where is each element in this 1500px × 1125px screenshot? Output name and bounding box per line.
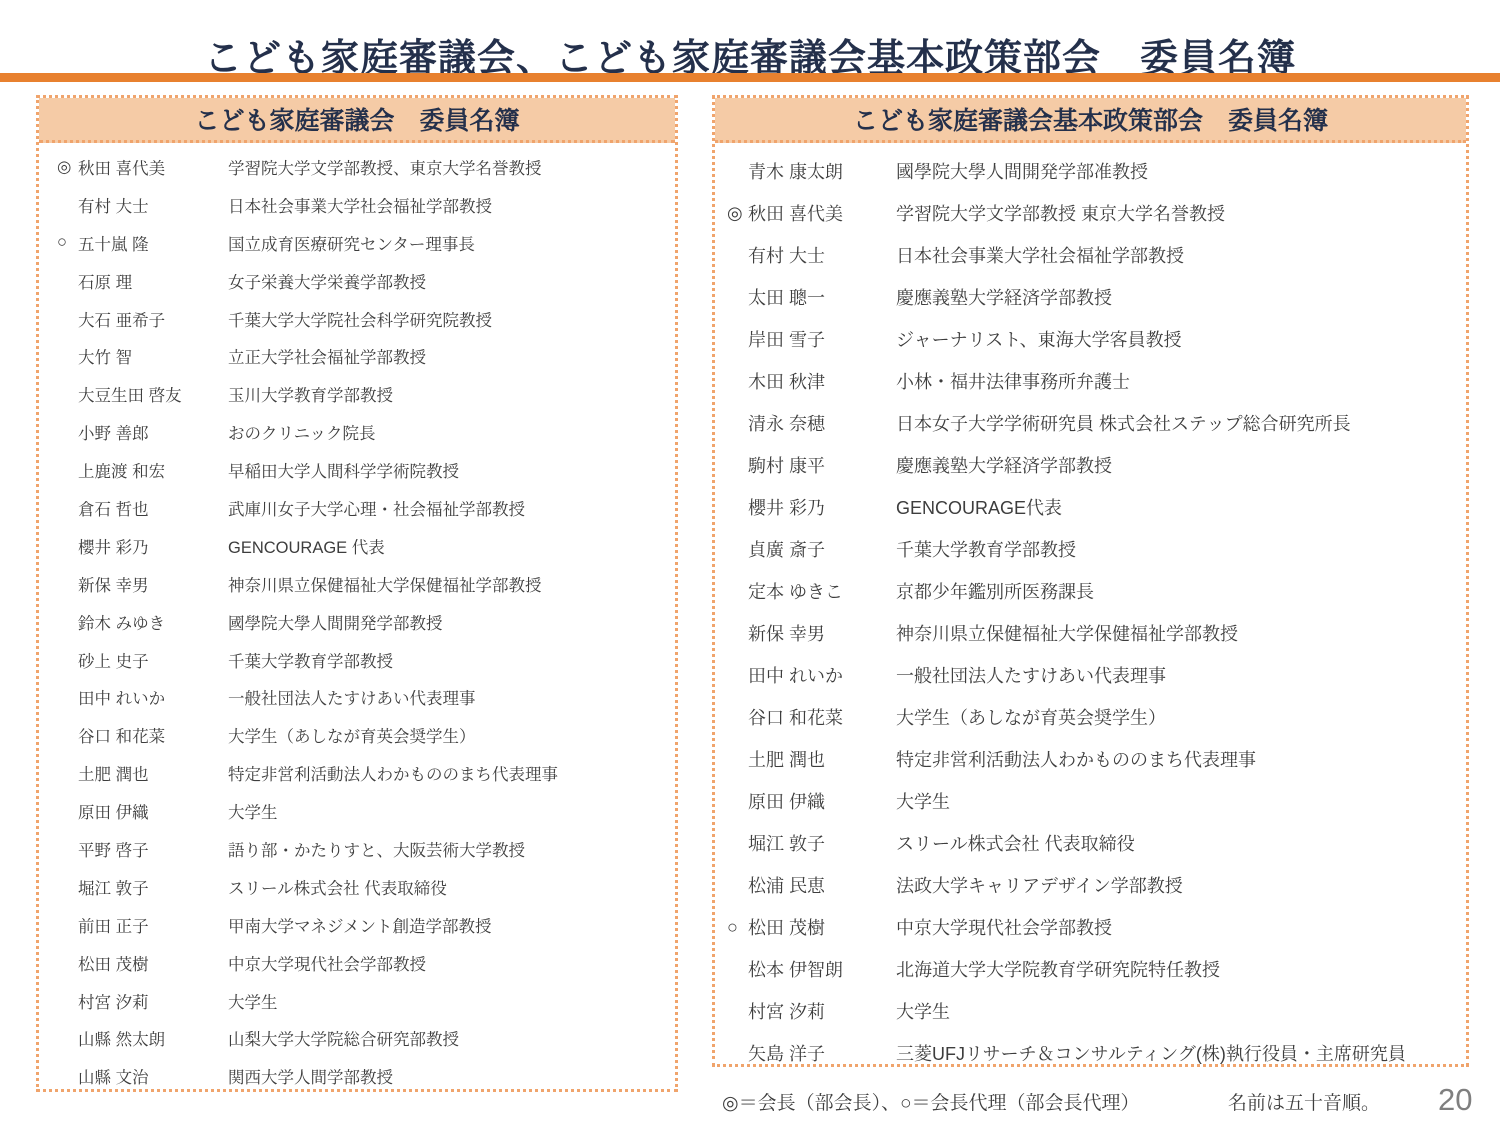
member-affiliation: 三菱UFJリサーチ＆コンサルティング(株)執行役員・主席研究員 [896, 1040, 1458, 1064]
member-name: 大石 亜希子 [78, 307, 228, 331]
member-name: 村宮 汐莉 [78, 989, 228, 1013]
member-name: 小野 善郎 [78, 420, 228, 444]
member-name: 前田 正子 [78, 913, 228, 937]
title-rule [0, 73, 1500, 82]
member-row: ○五十嵐 隆国立成育医療研究センター理事長 [57, 224, 667, 262]
member-row: 石原 理女子栄養大学栄養学部教授 [57, 262, 667, 300]
member-row: 原田 伊織大学生 [57, 792, 667, 830]
member-name: 有村 大士 [78, 193, 228, 217]
chair-legend: ◎＝会長（部会長）、○＝会長代理（部会長代理） [722, 1088, 1140, 1115]
member-affiliation: 学習院大学文学部教授 東京大学名誉教授 [896, 200, 1458, 226]
member-row: 原田 伊織大学生 [727, 780, 1458, 822]
member-row: 太田 聰一慶應義塾大学経済学部教授 [727, 276, 1458, 318]
member-affiliation: 神奈川県立保健福祉大学保健福祉学部教授 [896, 620, 1458, 646]
member-name: 秋田 喜代美 [748, 200, 896, 226]
member-name: 谷口 和花菜 [748, 704, 896, 730]
member-row: 新保 幸男神奈川県立保健福祉大学保健福祉学部教授 [57, 565, 667, 603]
member-name: 土肥 潤也 [748, 746, 896, 772]
member-row: 大竹 智立正大学社会福祉学部教授 [57, 337, 667, 375]
member-name: 貞廣 斎子 [748, 536, 896, 562]
member-name: 定本 ゆきこ [748, 578, 896, 604]
member-name: 櫻井 彩乃 [78, 534, 228, 558]
member-name: 大竹 智 [78, 344, 228, 368]
member-name: 石原 理 [78, 269, 228, 293]
member-row: 堀江 敦子スリール株式会社 代表取締役 [57, 868, 667, 906]
member-row: 櫻井 彩乃GENCOURAGE 代表 [57, 527, 667, 565]
member-affiliation: 国立成育医療研究センター理事長 [228, 231, 667, 255]
member-affiliation: スリール株式会社 代表取締役 [228, 875, 667, 899]
member-name: 山縣 然太朗 [78, 1026, 228, 1050]
member-affiliation: 特定非営利活動法人わかもののまち代表理事 [896, 746, 1458, 772]
member-affiliation: 大学生 [228, 989, 667, 1013]
chair-marker: ○ [57, 233, 78, 252]
member-affiliation: 大学生（あしなが育英会奨学生） [228, 723, 667, 747]
member-affiliation: スリール株式会社 代表取締役 [896, 830, 1458, 856]
member-row: 松本 伊智朗北海道大学大学院教育学研究院特任教授 [727, 948, 1458, 990]
member-name: 山縣 文治 [78, 1064, 228, 1088]
member-row: 山縣 文治関西大学人間学部教授 [57, 1057, 667, 1089]
panel-basic-policy: こども家庭審議会基本政策部会 委員名簿 青木 康太朗國學院大學人間開発学部准教授… [712, 95, 1469, 1067]
slide: こども家庭審議会、こども家庭審議会基本政策部会 委員名簿 こども家庭審議会 委員… [0, 0, 1500, 1125]
member-name: 清永 奈穂 [748, 410, 896, 436]
member-row: 上鹿渡 和宏早稲田大学人間科学学術院教授 [57, 451, 667, 489]
member-affiliation: 特定非営利活動法人わかもののまち代表理事 [228, 761, 667, 785]
chair-marker: ◎ [57, 157, 78, 177]
member-affiliation: 一般社団法人たすけあい代表理事 [228, 685, 667, 709]
member-row: 鈴木 みゆき國學院大學人間開発学部教授 [57, 603, 667, 641]
member-affiliation: 日本社会事業大学社会福祉学部教授 [896, 242, 1458, 268]
order-note: 名前は五十音順。 [1228, 1088, 1380, 1115]
member-name: 土肥 潤也 [78, 761, 228, 785]
member-affiliation: おのクリニック院長 [228, 420, 667, 444]
panel-council-list: ◎秋田 喜代美学習院大学文学部教授、東京大学名誉教授有村 大士日本社会事業大学社… [39, 146, 675, 1089]
member-name: 堀江 敦子 [78, 875, 228, 899]
member-name: 谷口 和花菜 [78, 723, 228, 747]
member-name: 砂上 史子 [78, 648, 228, 672]
member-row: 松田 茂樹中京大学現代社会学部教授 [57, 944, 667, 982]
member-name: 倉石 哲也 [78, 496, 228, 520]
member-name: 鈴木 みゆき [78, 610, 228, 634]
member-row: 駒村 康平慶應義塾大学経済学部教授 [727, 444, 1458, 486]
member-affiliation: 大学生（あしなが育英会奨学生） [896, 704, 1458, 730]
member-name: 駒村 康平 [748, 452, 896, 478]
member-affiliation: ジャーナリスト、東海大学客員教授 [896, 326, 1458, 352]
member-affiliation: 慶應義塾大学経済学部教授 [896, 284, 1458, 310]
member-name: 堀江 敦子 [748, 830, 896, 856]
member-row: 大石 亜希子千葉大学大学院社会科学研究院教授 [57, 300, 667, 338]
member-row: 新保 幸男神奈川県立保健福祉大学保健福祉学部教授 [727, 612, 1458, 654]
member-name: 原田 伊織 [748, 788, 896, 814]
member-name: 太田 聰一 [748, 284, 896, 310]
member-name: 松浦 民恵 [748, 872, 896, 898]
chair-marker: ○ [727, 917, 748, 938]
member-affiliation: 京都少年鑑別所医務課長 [896, 578, 1458, 604]
member-row: 小野 善郎おのクリニック院長 [57, 413, 667, 451]
member-affiliation: 関西大学人間学部教授 [228, 1064, 667, 1088]
member-row: 土肥 潤也特定非営利活動法人わかもののまち代表理事 [57, 754, 667, 792]
member-affiliation: 早稲田大学人間科学学術院教授 [228, 458, 667, 482]
member-row: ◎秋田 喜代美学習院大学文学部教授 東京大学名誉教授 [727, 192, 1458, 234]
member-affiliation: 千葉大学大学院社会科学研究院教授 [228, 307, 667, 331]
member-affiliation: 小林・福井法律事務所弁護士 [896, 368, 1458, 394]
member-affiliation: 甲南大学マネジメント創造学部教授 [228, 913, 667, 937]
member-name: 大豆生田 啓友 [78, 382, 228, 406]
member-affiliation: 山梨大学大学院総合研究部教授 [228, 1026, 667, 1050]
member-row: 前田 正子甲南大学マネジメント創造学部教授 [57, 906, 667, 944]
member-row: 砂上 史子千葉大学教育学部教授 [57, 641, 667, 679]
member-affiliation: 立正大学社会福祉学部教授 [228, 344, 667, 368]
member-row: 谷口 和花菜大学生（あしなが育英会奨学生） [57, 716, 667, 754]
member-name: 田中 れいか [748, 662, 896, 688]
member-name: 平野 啓子 [78, 837, 228, 861]
member-row: 有村 大士日本社会事業大学社会福祉学部教授 [57, 186, 667, 224]
member-affiliation: 中京大学現代社会学部教授 [896, 914, 1458, 940]
member-row: 岸田 雪子ジャーナリスト、東海大学客員教授 [727, 318, 1458, 360]
member-affiliation: GENCOURAGE 代表 [228, 534, 667, 558]
panel-basic-policy-list: 青木 康太朗國學院大學人間開発学部准教授◎秋田 喜代美学習院大学文学部教授 東京… [715, 146, 1466, 1064]
member-affiliation: 学習院大学文学部教授、東京大学名誉教授 [228, 155, 667, 179]
member-row: 木田 秋津小林・福井法律事務所弁護士 [727, 360, 1458, 402]
member-row: 大豆生田 啓友玉川大学教育学部教授 [57, 375, 667, 413]
member-name: 有村 大士 [748, 242, 896, 268]
page-number: 20 [1438, 1082, 1472, 1118]
member-row: 土肥 潤也特定非営利活動法人わかもののまち代表理事 [727, 738, 1458, 780]
member-affiliation: 日本女子大学学術研究員 株式会社ステップ総合研究所長 [896, 410, 1458, 436]
member-row: 貞廣 斎子千葉大学教育学部教授 [727, 528, 1458, 570]
member-affiliation: GENCOURAGE代表 [896, 494, 1458, 520]
member-affiliation: 北海道大学大学院教育学研究院特任教授 [896, 956, 1458, 982]
member-affiliation: 語り部・かたりすと、大阪芸術大学教授 [228, 837, 667, 861]
member-affiliation: 中京大学現代社会学部教授 [228, 951, 667, 975]
member-row: 村宮 汐莉大学生 [57, 982, 667, 1020]
member-affiliation: 女子栄養大学栄養学部教授 [228, 269, 667, 293]
member-affiliation: 千葉大学教育学部教授 [228, 648, 667, 672]
panel-council: こども家庭審議会 委員名簿 ◎秋田 喜代美学習院大学文学部教授、東京大学名誉教授… [36, 95, 678, 1092]
member-affiliation: 大学生 [896, 788, 1458, 814]
member-name: 上鹿渡 和宏 [78, 458, 228, 482]
member-row: 村宮 汐莉大学生 [727, 990, 1458, 1032]
member-affiliation: 大学生 [896, 998, 1458, 1024]
member-row: ○松田 茂樹中京大学現代社会学部教授 [727, 906, 1458, 948]
member-name: 新保 幸男 [78, 572, 228, 596]
member-name: 田中 れいか [78, 685, 228, 709]
member-name: 櫻井 彩乃 [748, 494, 896, 520]
member-row: 定本 ゆきこ京都少年鑑別所医務課長 [727, 570, 1458, 612]
member-name: 松田 茂樹 [748, 914, 896, 940]
member-affiliation: 神奈川県立保健福祉大学保健福祉学部教授 [228, 572, 667, 596]
member-name: 五十嵐 隆 [78, 231, 228, 255]
member-affiliation: 一般社団法人たすけあい代表理事 [896, 662, 1458, 688]
member-row: 有村 大士日本社会事業大学社会福祉学部教授 [727, 234, 1458, 276]
member-affiliation: 國學院大學人間開発学部准教授 [896, 158, 1458, 184]
member-affiliation: 國學院大學人間開発学部教授 [228, 610, 667, 634]
chair-marker: ◎ [727, 203, 748, 224]
panel-basic-policy-header: こども家庭審議会基本政策部会 委員名簿 [715, 98, 1466, 143]
member-affiliation: 玉川大学教育学部教授 [228, 382, 667, 406]
member-affiliation: 千葉大学教育学部教授 [896, 536, 1458, 562]
member-row: 田中 れいか一般社団法人たすけあい代表理事 [727, 654, 1458, 696]
member-row: 櫻井 彩乃GENCOURAGE代表 [727, 486, 1458, 528]
member-row: 矢島 洋子三菱UFJリサーチ＆コンサルティング(株)執行役員・主席研究員 [727, 1032, 1458, 1064]
member-affiliation: 大学生 [228, 799, 667, 823]
member-name: 秋田 喜代美 [78, 155, 228, 179]
member-name: 新保 幸男 [748, 620, 896, 646]
member-affiliation: 日本社会事業大学社会福祉学部教授 [228, 193, 667, 217]
member-row: 清永 奈穂日本女子大学学術研究員 株式会社ステップ総合研究所長 [727, 402, 1458, 444]
member-name: 松本 伊智朗 [748, 956, 896, 982]
member-row: 平野 啓子語り部・かたりすと、大阪芸術大学教授 [57, 830, 667, 868]
member-name: 村宮 汐莉 [748, 998, 896, 1024]
member-row: 谷口 和花菜大学生（あしなが育英会奨学生） [727, 696, 1458, 738]
member-row: 山縣 然太朗山梨大学大学院総合研究部教授 [57, 1019, 667, 1057]
member-row: 田中 れいか一般社団法人たすけあい代表理事 [57, 678, 667, 716]
member-affiliation: 法政大学キャリアデザイン学部教授 [896, 872, 1458, 898]
member-name: 木田 秋津 [748, 368, 896, 394]
panel-council-header: こども家庭審議会 委員名簿 [39, 98, 675, 143]
member-row: 松浦 民恵法政大学キャリアデザイン学部教授 [727, 864, 1458, 906]
member-name: 青木 康太朗 [748, 158, 896, 184]
member-name: 矢島 洋子 [748, 1040, 896, 1064]
member-row: ◎秋田 喜代美学習院大学文学部教授、東京大学名誉教授 [57, 148, 667, 186]
member-name: 岸田 雪子 [748, 326, 896, 352]
member-affiliation: 武庫川女子大学心理・社会福祉学部教授 [228, 496, 667, 520]
member-name: 松田 茂樹 [78, 951, 228, 975]
member-row: 堀江 敦子スリール株式会社 代表取締役 [727, 822, 1458, 864]
member-name: 原田 伊織 [78, 799, 228, 823]
member-row: 倉石 哲也武庫川女子大学心理・社会福祉学部教授 [57, 489, 667, 527]
member-row: 青木 康太朗國學院大學人間開発学部准教授 [727, 150, 1458, 192]
member-affiliation: 慶應義塾大学経済学部教授 [896, 452, 1458, 478]
